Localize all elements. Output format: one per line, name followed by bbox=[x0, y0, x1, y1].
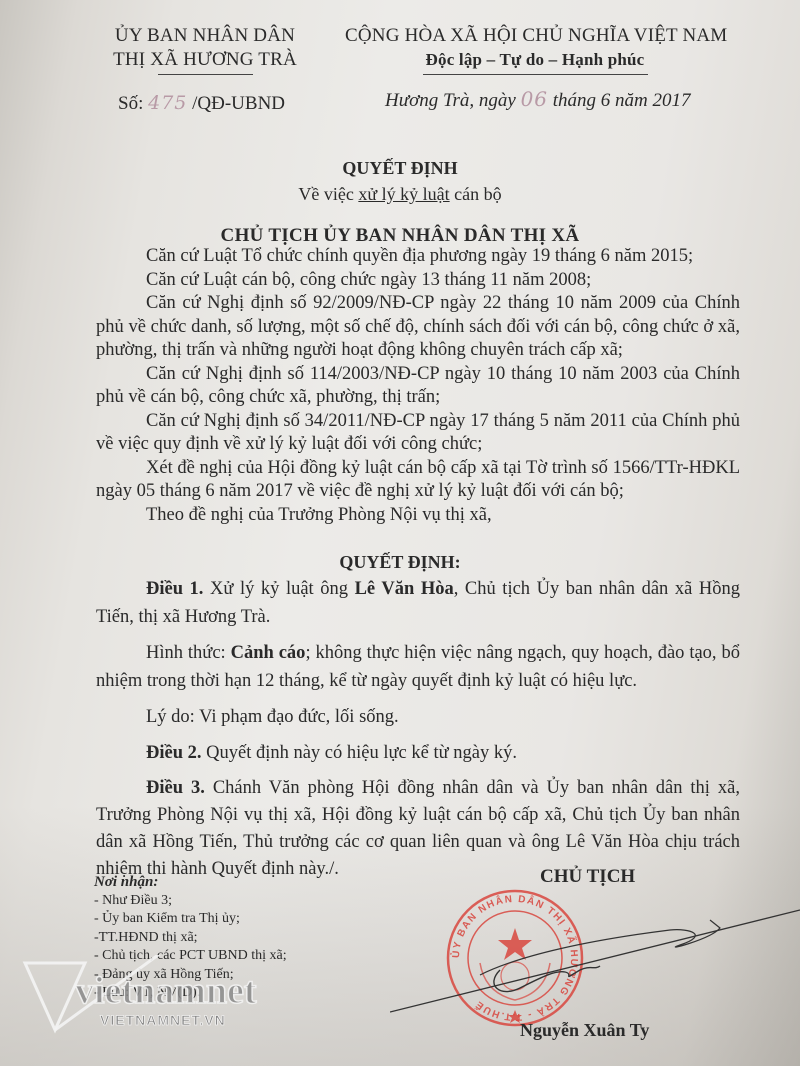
disciplined-person: Lê Văn Hòa bbox=[355, 579, 454, 599]
preamble-item: Theo đề nghị của Trưởng Phòng Nội vụ thị… bbox=[96, 504, 740, 528]
article-3: Điều 3. Chánh Văn phòng Hội đồng nhân dâ… bbox=[96, 775, 740, 883]
preamble-item: Xét đề nghị của Hội đồng kỷ luật cán bộ … bbox=[96, 457, 740, 504]
handwritten-day: 06 bbox=[521, 87, 548, 111]
preamble-item: Căn cứ Luật Tổ chức chính quyền địa phươ… bbox=[96, 245, 740, 269]
article-1: Điều 1. Xử lý kỷ luật ông Lê Văn Hòa, Ch… bbox=[96, 575, 740, 631]
preamble-item: Căn cứ Nghị định số 92/2009/NĐ-CP ngày 2… bbox=[96, 292, 740, 363]
signer-title: CHỦ TỊCH bbox=[540, 866, 635, 888]
vietnamnet-watermark-logo-icon: vietnamnet VIETNAMNET.VN bbox=[15, 955, 295, 1035]
issuing-authority: CHỦ TỊCH ỦY BAN NHÂN DÂN THỊ XÃ bbox=[0, 225, 800, 247]
recipient-item: - Như Điều 3; bbox=[94, 892, 287, 911]
document-date: Hương Trà, ngày 06 tháng 6 năm 2017 bbox=[385, 87, 691, 112]
decision-heading: QUYẾT ĐỊNH: bbox=[0, 552, 800, 573]
national-heading: CỘNG HÒA XÃ HỘI CHỦ NGHĨA VIỆT NAM Độc l… bbox=[345, 24, 725, 75]
svg-text:VIETNAMNET.VN: VIETNAMNET.VN bbox=[100, 1012, 226, 1028]
document-subtitle: Về việc xử lý kỷ luật cán bộ bbox=[0, 184, 800, 205]
svg-text:vietnamnet: vietnamnet bbox=[75, 970, 257, 1012]
document-number: Số: 475 /QĐ-UBND bbox=[118, 92, 285, 115]
handwritten-number: 475 bbox=[148, 92, 187, 114]
issuing-agency: ỦY BAN NHÂN DÂN THỊ XÃ HƯƠNG TRÀ bbox=[100, 24, 310, 75]
recipients-label: Nơi nhận: bbox=[94, 873, 287, 892]
preamble-item: Căn cứ Nghị định số 114/2003/NĐ-CP ngày … bbox=[96, 363, 740, 410]
motto-underline bbox=[423, 74, 648, 75]
article-2: Điều 2. Quyết định này có hiệu lực kể từ… bbox=[96, 739, 740, 767]
document-title: QUYẾT ĐỊNH bbox=[0, 158, 800, 179]
penalty: Cảnh cáo bbox=[231, 643, 306, 663]
agency-underline bbox=[158, 74, 253, 75]
preamble-item: Căn cứ Luật cán bộ, công chức ngày 13 th… bbox=[96, 269, 740, 293]
country-name: CỘNG HÒA XÃ HỘI CHỦ NGHĨA VIỆT NAM bbox=[345, 24, 725, 48]
articles: Điều 1. Xử lý kỷ luật ông Lê Văn Hòa, Ch… bbox=[96, 575, 740, 891]
preamble-item: Căn cứ Nghị định số 34/2011/NĐ-CP ngày 1… bbox=[96, 410, 740, 457]
discipline-reason: Lý do: Vi phạm đạo đức, lối sống. bbox=[96, 703, 740, 731]
preamble: Căn cứ Luật Tổ chức chính quyền địa phươ… bbox=[96, 245, 740, 527]
handwritten-signature-icon bbox=[390, 900, 800, 1020]
recipient-item: - Ủy ban Kiểm tra Thị ủy; bbox=[94, 910, 287, 929]
recipient-item: -TT.HĐND thị xã; bbox=[94, 929, 287, 948]
national-motto: Độc lập – Tự do – Hạnh phúc bbox=[345, 48, 725, 72]
discipline-form: Hình thức: Cảnh cáo; không thực hiện việ… bbox=[96, 639, 740, 695]
signer-name: Nguyễn Xuân Ty bbox=[520, 1020, 649, 1041]
agency-line-2: THỊ XÃ HƯƠNG TRÀ bbox=[100, 48, 310, 72]
agency-line-1: ỦY BAN NHÂN DÂN bbox=[100, 24, 310, 48]
